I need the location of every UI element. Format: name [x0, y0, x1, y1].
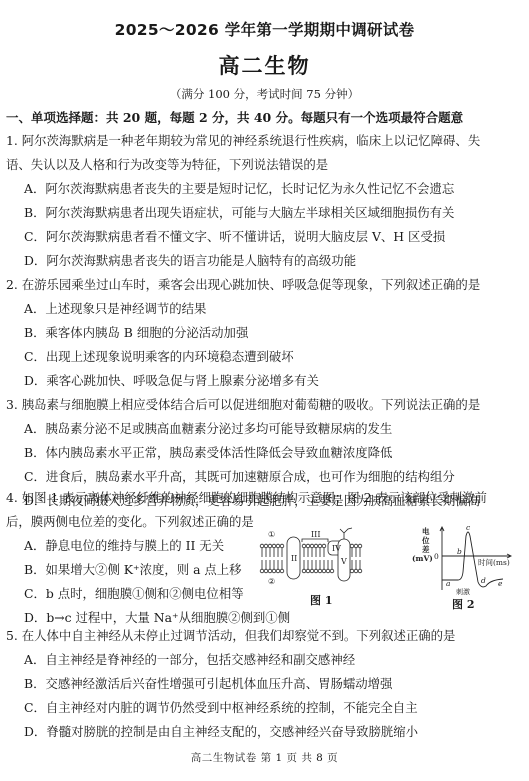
question-4-option-d: D．b→c 过程中，大量 Na⁺从细胞膜②侧到①侧 [24, 610, 290, 626]
figure-1-membrane-diagram: ① ② II III IV V 图 1 [258, 527, 364, 607]
svg-text:时间(ms): 时间(ms) [478, 557, 510, 567]
question-2-option-b: B．乘客体内胰岛 B 细胞的分泌活动加强 [24, 325, 248, 341]
question-1-option-a: A．阿尔茨海默病患者丧失的主要是短时记忆，长时记忆为永久性记忆不会遗忘 [24, 181, 454, 197]
svg-text:c: c [466, 523, 471, 532]
svg-text:V: V [340, 557, 347, 566]
svg-text:a: a [446, 579, 450, 588]
exam-note: （满分 100 分，考试时间 75 分钟） [0, 86, 529, 102]
figure-1-caption: 图 1 [310, 592, 332, 608]
svg-text:0: 0 [434, 552, 439, 561]
question-1-stem-line-2: 语、失认以及人格和行为改变等为特征，下列说法错误的是 [6, 157, 328, 173]
question-5-stem: 5. 在人体中自主神经从未停止过调节活动，但我们却察觉不到。下列叙述正确的是 [6, 628, 455, 644]
question-5-option-d: D．脊髓对膀胱的控制是由自主神经支配的，交感神经兴奋导致膀胱缩小 [24, 724, 418, 740]
question-3-stem: 3. 胰岛素与细胞膜上相应受体结合后可以促进细胞对葡萄糖的吸收。下列说法正确的是 [6, 397, 480, 413]
question-2-option-d: D．乘客心跳加快、呼吸急促与肾上腺素分泌增多有关 [24, 373, 319, 389]
question-5-option-b: B．交感神经激活后兴奋性增强可引起机体血压升高、胃肠蠕动增强 [24, 676, 392, 692]
svg-text:刺激: 刺激 [456, 587, 470, 596]
question-4-option-a: A．静息电位的维持与膜上的 II 无关 [24, 538, 224, 554]
figure-2-caption: 图 2 [452, 596, 474, 612]
question-4-stem-line-1: 4. 如图 1 表示离体神经纤维的神经细胞的细胞膜结构示意图；图 2 表示该部位… [6, 490, 487, 506]
question-1-option-c: C．阿尔茨海默病患者看不懂文字、听不懂讲话，说明大脑皮层 V、H 区受损 [24, 229, 445, 245]
svg-text:IV: IV [332, 544, 341, 553]
svg-text:电: 电 [422, 526, 430, 536]
question-5-option-a: A．自主神经是脊神经的一部分，包括交感神经和副交感神经 [24, 652, 355, 668]
svg-text:(mV): (mV) [412, 554, 433, 563]
question-3-option-b: B．体内胰岛素水平正常，胰岛素受体活性降低会导致血糖浓度降低 [24, 445, 392, 461]
svg-text:②: ② [268, 577, 275, 586]
svg-text:d: d [481, 576, 486, 585]
svg-text:III: III [311, 530, 320, 539]
subject-title: 高二生物 [0, 50, 529, 80]
svg-text:e: e [498, 579, 503, 588]
question-2-option-c: C．出现上述现象说明乘客的内环境稳态遭到破坏 [24, 349, 294, 365]
question-4-stem-line-2: 后，膜两侧电位差的变化。下列叙述正确的是 [6, 514, 254, 530]
figure-2-potential-graph: 电 位 差 (mV) 0 时间(ms) a b c d e 刺激 图 2 [408, 520, 526, 610]
question-3-option-c: C．进食后，胰岛素水平升高，其既可加速糖原合成，也可作为细胞的结构组分 [24, 469, 455, 485]
section-title: 一、单项选择题：共 20 题，每题 2 分，共 40 分。每题只有一个选项最符合… [6, 108, 463, 126]
page-footer: 高二生物试卷 第 1 页 共 8 页 [0, 750, 529, 765]
question-3-option-a: A．胰岛素分泌不足或胰高血糖素分泌过多均可能导致糖尿病的发生 [24, 421, 392, 437]
question-1-stem-line-1: 1. 阿尔茨海默病是一种老年期较为常见的神经系统退行性疾病，临床上以记忆障碍、失 [6, 133, 480, 149]
exam-title: 2025～2026 学年第一学期期中调研试卷 [0, 18, 529, 40]
question-1-option-b: B．阿尔茨海默病患者出现失语症状，可能与大脑左半球相关区域细胞损伤有关 [24, 205, 454, 221]
question-2-option-a: A．上述现象只是神经调节的结果 [24, 301, 206, 317]
svg-text:II: II [291, 554, 297, 563]
question-1-option-d: D．阿尔茨海默病患者丧失的语言功能是人脑特有的高级功能 [24, 253, 356, 269]
svg-text:位: 位 [421, 535, 430, 545]
question-4-option-b: B．如果增大②侧 K⁺浓度，则 a 点上移 [24, 562, 242, 578]
question-5-option-c: C．自主神经对内脏的调节仍然受到中枢神经系统的控制，不能完全自主 [24, 700, 418, 716]
question-4-option-c: C．b 点时，细胞膜①侧和②侧电位相等 [24, 586, 244, 602]
svg-text:①: ① [268, 530, 275, 539]
svg-text:差: 差 [422, 544, 430, 554]
svg-text:b: b [457, 547, 462, 556]
question-2-stem: 2. 在游乐园乘坐过山车时，乘客会出现心跳加快、呼吸急促等现象，下列叙述正确的是 [6, 277, 480, 293]
